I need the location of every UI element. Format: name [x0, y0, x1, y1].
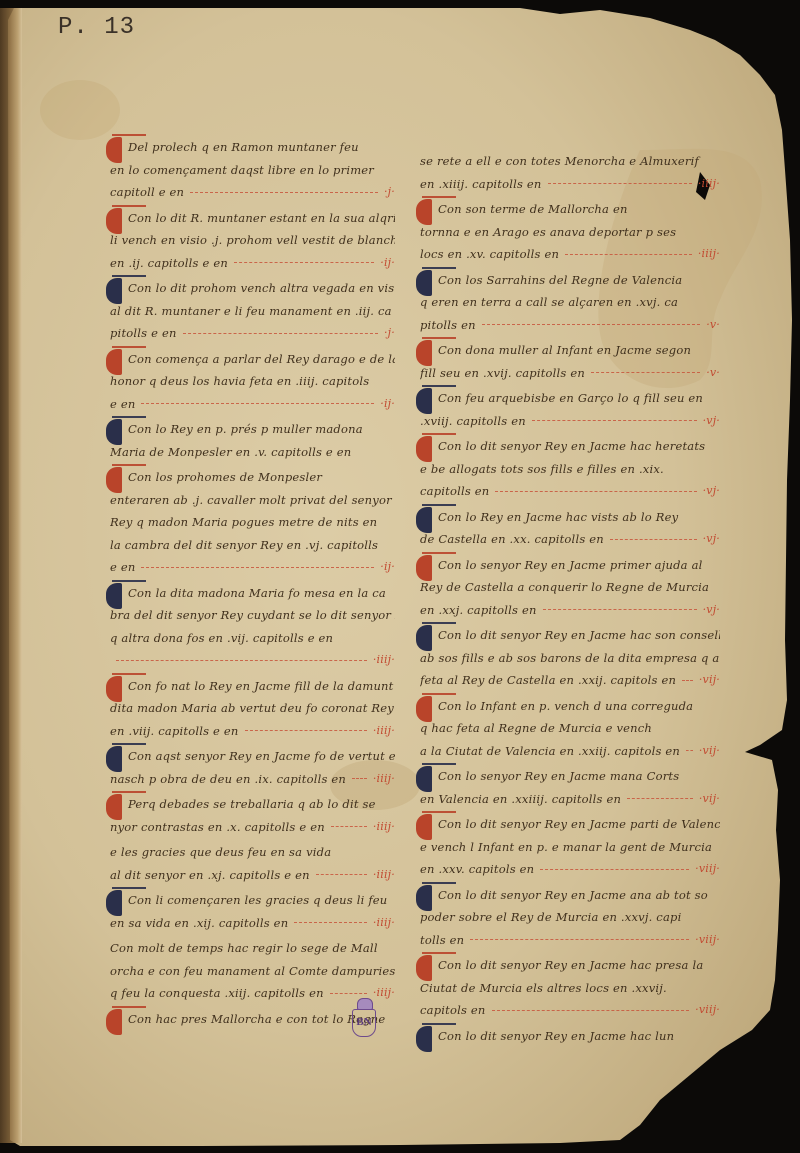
paragraph-mark-icon	[416, 814, 432, 840]
folio-number: ·iiij·	[373, 982, 395, 1005]
rubric-leader	[565, 254, 692, 255]
entry-line: Con la dita madona Maria fo mesa en la c…	[110, 582, 395, 605]
entry-end-line: pitolls e en·j·	[110, 322, 395, 345]
entry-line: Con los Sarrahins del Regne de Valencia	[420, 269, 720, 292]
entry-end-text: q feu la conquesta .xiij. capitolls en	[110, 982, 324, 1005]
chapter-entry: Con dona muller al Infant en Jacme segon…	[420, 339, 720, 384]
entry-line: Con aqst senyor Rey en Jacme fo de vertu…	[110, 745, 395, 768]
rubric-leader	[548, 183, 692, 184]
entry-end-text: pitolls en	[420, 314, 476, 337]
folio-number: ·iiij·	[373, 912, 395, 935]
chapter-entry: Con feu arquebisbe en Garço lo q fill se…	[420, 387, 720, 432]
entry-end-text: a la Ciutat de Valencia en .xxiij. capit…	[420, 740, 680, 763]
entry-end-line: al dit senyor en .xj. capitolls e en·iii…	[110, 864, 395, 887]
entry-end-line: Maria de Monpesler en .v. capitolls e en	[110, 441, 395, 464]
entry-line: Rey de Castella a conquerir lo Regne de …	[420, 576, 720, 599]
chapter-entry: Con lo Rey en p. prés p muller madonaMar…	[110, 418, 395, 463]
entry-line: Con lo dit R. muntaner estant en la sua …	[110, 207, 395, 230]
entry-line: Con lo dit senyor Rey en Jacme hac son c…	[420, 624, 720, 647]
paragraph-mark-icon	[106, 419, 122, 445]
chapter-entry: Con lo dit senyor Rey en Jacme hac lun	[420, 1025, 720, 1048]
folio-number: ·vij·	[699, 788, 720, 811]
entry-end-line: en sa vida en .xij. capitolls en·iiij·	[110, 912, 395, 935]
entry-line: Rey q madon Maria pogues metre de nits e…	[110, 511, 395, 534]
entry-line: Con feu arquebisbe en Garço lo q fill se…	[420, 387, 720, 410]
chapter-entry: Con lo dit senyor Rey en Jacme hac presa…	[420, 954, 720, 1022]
chapter-entry: Con la dita madona Maria fo mesa en la c…	[110, 582, 395, 672]
entry-line: q altra dona fos en .vij. capitolls e en	[110, 627, 395, 650]
entry-line: Con lo dit senyor Rey en Jacme hac lun	[420, 1025, 720, 1048]
entry-end-text: locs en .xv. capitolls en	[420, 243, 559, 266]
entry-end-line: fill seu en .xvij. capitolls en·v·	[420, 362, 720, 385]
entry-line: e be allogats tots sos fills e filles en…	[420, 458, 720, 481]
entry-line: se rete a ell e con totes Menorcha e Alm…	[420, 150, 720, 173]
rubric-leader	[330, 993, 367, 994]
folio-number: ·v·	[706, 314, 720, 337]
paragraph-mark-icon	[416, 625, 432, 651]
folio-number: ·vj·	[703, 410, 720, 433]
entry-line: Con son terme de Mallorcha en	[420, 198, 720, 221]
entry-end-text: pitolls e en	[110, 322, 177, 345]
entry-line: li vench en visio .j. prohom vell vestit…	[110, 229, 395, 252]
rubric-leader	[532, 420, 697, 421]
chapter-entry: Con lo dit prohom vench altra vegada en …	[110, 277, 395, 345]
chapter-entry: Con lo dit senyor Rey en Jacme hac heret…	[420, 435, 720, 503]
entry-end-text: capitolls en	[420, 480, 489, 503]
folio-number: ·iiij·	[698, 243, 720, 266]
chapter-entry: Con li començaren les gracies q deus li …	[110, 889, 395, 934]
paragraph-mark-icon	[416, 270, 432, 296]
entry-line: e les gracies que deus feu en sa vida	[110, 841, 395, 864]
entry-end-line: en Valencia en .xxiiij. capitolls en·vij…	[420, 788, 720, 811]
rubric-leader	[543, 609, 697, 610]
entry-end-text: tolls en	[420, 929, 464, 952]
entry-end-text: en .xxj. capitolls en	[420, 599, 537, 622]
entry-end-text: en .xxv. capitols en	[420, 858, 534, 881]
folio-number: ·iiij·	[698, 173, 720, 196]
entry-end-line: en .xiiij. capitolls en·iiij·	[420, 173, 720, 196]
entry-end-text: en .xiiij. capitolls en	[420, 173, 542, 196]
paragraph-mark-icon	[106, 794, 122, 820]
entry-line: Con lo Infant en p. vench d una corregud…	[420, 695, 720, 718]
chapter-entry: Con molt de temps hac regir lo sege de M…	[110, 937, 395, 1005]
folio-number: ·iiij·	[373, 864, 395, 887]
chapter-entry: Del prolech q en Ramon muntaner feuen lo…	[110, 136, 395, 204]
entry-line: Con lo Rey en p. prés p muller madona	[110, 418, 395, 441]
manuscript-leaf: P. 13 Del prolech q en Ramon muntaner fe…	[0, 0, 800, 1153]
entry-end-text: Maria de Monpesler en .v. capitolls e en	[110, 441, 351, 464]
rubric-leader	[686, 750, 693, 751]
entry-line: ab sos fills e ab sos barons de la dita …	[420, 647, 720, 670]
left-column: Del prolech q en Ramon muntaner feuen lo…	[110, 136, 395, 1033]
paragraph-mark-icon	[416, 199, 432, 225]
paragraph-mark-icon	[416, 766, 432, 792]
paragraph-mark-icon	[416, 1026, 432, 1052]
chapter-entry: Con lo senyor Rey en Jacme mana Cortsen …	[420, 765, 720, 810]
rubric-leader	[470, 939, 689, 940]
entry-end-text: nasch p obra de deu en .ix. capitolls en	[110, 768, 346, 791]
rubric-leader	[682, 680, 693, 681]
paragraph-mark-icon	[106, 676, 122, 702]
rubric-leader	[141, 567, 374, 568]
entry-end-text: capitols en	[420, 999, 486, 1022]
entry-line: Con lo dit senyor Rey en Jacme ana ab to…	[420, 884, 720, 907]
library-stamp: BN	[352, 998, 376, 1038]
right-column: se rete a ell e con totes Menorcha e Alm…	[420, 150, 720, 1050]
chapter-entry: Con lo dit senyor Rey en Jacme ana ab to…	[420, 884, 720, 952]
entry-end-line: e en·ij·	[110, 556, 395, 579]
folio-number: ·iiij·	[373, 768, 395, 791]
chapter-entry: Con lo dit senyor Rey en Jacme hac son c…	[420, 624, 720, 692]
folio-number: ·vj·	[703, 480, 720, 503]
rubric-leader	[183, 333, 378, 334]
entry-end-line: pitolls en·v·	[420, 314, 720, 337]
paragraph-mark-icon	[106, 746, 122, 772]
entry-end-text: en sa vida en .xij. capitolls en	[110, 912, 288, 935]
entry-end-line: nyor contrastas en .x. capitolls e en·ii…	[110, 816, 395, 839]
chapter-entry: Con los Sarrahins del Regne de Valenciaq…	[420, 269, 720, 337]
paragraph-mark-icon	[106, 278, 122, 304]
entry-end-line: a la Ciutat de Valencia en .xxiij. capit…	[420, 740, 720, 763]
rubric-leader	[540, 869, 689, 870]
entry-line: poder sobre el Rey de Murcia en .xxvj. c…	[420, 906, 720, 929]
rubric-leader	[190, 192, 378, 193]
chapter-entry: Con son terme de Mallorcha entornna e en…	[420, 198, 720, 266]
chapter-entry: Perq debades se treballaria q ab lo dit …	[110, 793, 395, 838]
rubric-leader	[591, 372, 700, 373]
folio-number: ·vij·	[699, 669, 720, 692]
entry-end-text: feta al Rey de Castella en .xxij. capito…	[420, 669, 676, 692]
entry-line: Perq debades se treballaria q ab lo dit …	[110, 793, 395, 816]
entry-end-text: capitoll e en	[110, 181, 184, 204]
paragraph-mark-icon	[416, 955, 432, 981]
rubric-leader	[627, 798, 693, 799]
folio-mark: P. 13	[58, 14, 135, 41]
entry-line: Con lo senyor Rey en Jacme primer ajuda …	[420, 554, 720, 577]
rubric-leader	[352, 778, 367, 779]
entry-end-line: capitoll e en·j·	[110, 181, 395, 204]
entry-line: enteraren ab .j. cavaller molt privat de…	[110, 489, 395, 512]
folio-number: ·vj·	[703, 528, 720, 551]
rubric-leader	[294, 922, 367, 923]
entry-end-line: locs en .xv. capitolls en·iiij·	[420, 243, 720, 266]
paragraph-mark-icon	[416, 340, 432, 366]
folio-number: ·v·	[706, 362, 720, 385]
entry-end-text: .xviij. capitolls en	[420, 410, 526, 433]
entry-end-text: nyor contrastas en .x. capitolls e en	[110, 816, 325, 839]
entry-end-line: capitols en·viij·	[420, 999, 720, 1022]
entry-end-line: e en·ij·	[110, 393, 395, 416]
entry-end-text: en .ij. capitolls e en	[110, 252, 228, 275]
folio-number: ·ij·	[380, 252, 395, 275]
chapter-entry: Con lo dit senyor Rey en Jacme parti de …	[420, 813, 720, 881]
folio-number: ·iiij·	[373, 816, 395, 839]
paragraph-mark-icon	[106, 137, 122, 163]
entry-end-line: en .xxj. capitolls en·vj·	[420, 599, 720, 622]
paragraph-mark-icon	[416, 388, 432, 414]
entry-end-line: en .viij. capitolls e en·iiij·	[110, 720, 395, 743]
paragraph-mark-icon	[106, 1009, 122, 1035]
folio-number: ·ij·	[380, 393, 395, 416]
rubric-leader	[234, 262, 374, 263]
folio-number: ·iiij·	[373, 720, 395, 743]
folio-number: ·viij·	[695, 929, 720, 952]
chapter-entry: Con lo Infant en p. vench d una corregud…	[420, 695, 720, 763]
entry-line: Con lo senyor Rey en Jacme mana Corts	[420, 765, 720, 788]
rubric-leader	[141, 403, 374, 404]
entry-end-text: de Castella en .xx. capitolls en	[420, 528, 604, 551]
entry-line: Con dona muller al Infant en Jacme segon	[420, 339, 720, 362]
entry-line: Con lo Rey en Jacme hac vists ab lo Rey	[420, 506, 720, 529]
folio-number: ·viij·	[695, 858, 720, 881]
entry-line: Ciutat de Murcia els altres locs en .xxv…	[420, 977, 720, 1000]
entry-line: q hac feta al Regne de Murcia e vench	[420, 717, 720, 740]
entry-end-line: en .xxv. capitols en·viij·	[420, 858, 720, 881]
entry-line: Con lo dit prohom vench altra vegada en …	[110, 277, 395, 300]
folio-number: ·ij·	[380, 556, 395, 579]
entry-line: tornna e en Arago es anava deportar p se…	[420, 221, 720, 244]
entry-line: al dit R. muntaner e li feu manament en …	[110, 300, 395, 323]
entry-end-line: capitolls en·vj·	[420, 480, 720, 503]
entry-line: orcha e con feu manament al Comte dampur…	[110, 960, 395, 983]
paragraph-mark-icon	[416, 507, 432, 533]
entry-end-text: en Valencia en .xxiiij. capitolls en	[420, 788, 621, 811]
chapter-entry: se rete a ell e con totes Menorcha e Alm…	[420, 150, 720, 195]
entry-line: Con li començaren les gracies q deus li …	[110, 889, 395, 912]
folio-number: ·vij·	[699, 740, 720, 763]
rubric-leader	[482, 324, 700, 325]
entry-end-line: tolls en·viij·	[420, 929, 720, 952]
folio-number: ·viij·	[695, 999, 720, 1022]
rubric-leader	[495, 491, 696, 492]
rubric-leader	[245, 730, 367, 731]
entry-end-line: en .ij. capitolls e en·ij·	[110, 252, 395, 275]
folio-number: ·vj·	[703, 599, 720, 622]
entry-end-text: en .viij. capitolls e en	[110, 720, 239, 743]
entry-end-text: e en	[110, 556, 135, 579]
paragraph-mark-icon	[106, 583, 122, 609]
paragraph-mark-icon	[416, 885, 432, 911]
chapter-entry: Con comença a parlar del Rey darago e de…	[110, 348, 395, 416]
entry-line: honor q deus los havia feta en .iiij. ca…	[110, 370, 395, 393]
rubric-leader	[331, 826, 367, 827]
chapter-entry: Con fo nat lo Rey en Jacme fill de la da…	[110, 675, 395, 743]
folio-number: ·j·	[384, 181, 395, 204]
binding-edge	[0, 8, 22, 1143]
paragraph-mark-icon	[106, 349, 122, 375]
rubric-leader	[492, 1010, 690, 1011]
entry-line: Del prolech q en Ramon muntaner feu	[110, 136, 395, 159]
entry-line: Con comença a parlar del Rey darago e de…	[110, 348, 395, 371]
chapter-entry: Con lo senyor Rey en Jacme primer ajuda …	[420, 554, 720, 622]
entry-line: q eren en terra a call se alçaren en .xv…	[420, 291, 720, 314]
entry-end-text: al dit senyor en .xj. capitolls e en	[110, 864, 310, 887]
folio-number: ·iiij·	[373, 649, 395, 672]
paragraph-mark-icon	[416, 555, 432, 581]
paragraph-mark-icon	[416, 696, 432, 722]
entry-line: Con lo dit senyor Rey en Jacme hac presa…	[420, 954, 720, 977]
entry-line: e vench l Infant en p. e manar la gent d…	[420, 836, 720, 859]
entry-end-line: nasch p obra de deu en .ix. capitolls en…	[110, 768, 395, 791]
paragraph-mark-icon	[106, 208, 122, 234]
entry-end-text: e en	[110, 393, 135, 416]
entry-line: la cambra del dit senyor Rey en .vj. cap…	[110, 534, 395, 557]
folio-number: ·j·	[384, 322, 395, 345]
entry-end-line: .xviij. capitolls en·vj·	[420, 410, 720, 433]
chapter-entry: Con aqst senyor Rey en Jacme fo de vertu…	[110, 745, 395, 790]
entry-line: en lo començament daqst libre en lo prim…	[110, 159, 395, 182]
entry-line: Con los prohomes de Monpesler	[110, 466, 395, 489]
entry-end-line: de Castella en .xx. capitolls en·vj·	[420, 528, 720, 551]
entry-line: bra del dit senyor Rey cuydant se lo dit…	[110, 604, 395, 627]
chapter-entry: Con lo Rey en Jacme hac vists ab lo Reyd…	[420, 506, 720, 551]
paragraph-mark-icon	[106, 890, 122, 916]
rubric-leader	[316, 874, 367, 875]
chapter-entry: Con los prohomes de Monpeslerenteraren a…	[110, 466, 395, 579]
entry-end-text: fill seu en .xvij. capitolls en	[420, 362, 585, 385]
entry-end-line: feta al Rey de Castella en .xxij. capito…	[420, 669, 720, 692]
paragraph-mark-icon	[106, 467, 122, 493]
stamp-label: BN	[352, 1009, 376, 1037]
entry-end-line: ·iiij·	[110, 649, 395, 672]
entry-line: Con lo dit senyor Rey en Jacme hac heret…	[420, 435, 720, 458]
entry-line: Con molt de temps hac regir lo sege de M…	[110, 937, 395, 960]
entry-line: Con lo dit senyor Rey en Jacme parti de …	[420, 813, 720, 836]
entry-line: dita madon Maria ab vertut deu fo corona…	[110, 697, 395, 720]
rubric-leader	[610, 539, 697, 540]
chapter-entry: Con lo dit R. muntaner estant en la sua …	[110, 207, 395, 275]
paragraph-mark-icon	[416, 436, 432, 462]
rubric-leader	[116, 660, 367, 661]
chapter-entry: e les gracies que deus feu en sa vidaal …	[110, 841, 395, 886]
entry-line: Con fo nat lo Rey en Jacme fill de la da…	[110, 675, 395, 698]
